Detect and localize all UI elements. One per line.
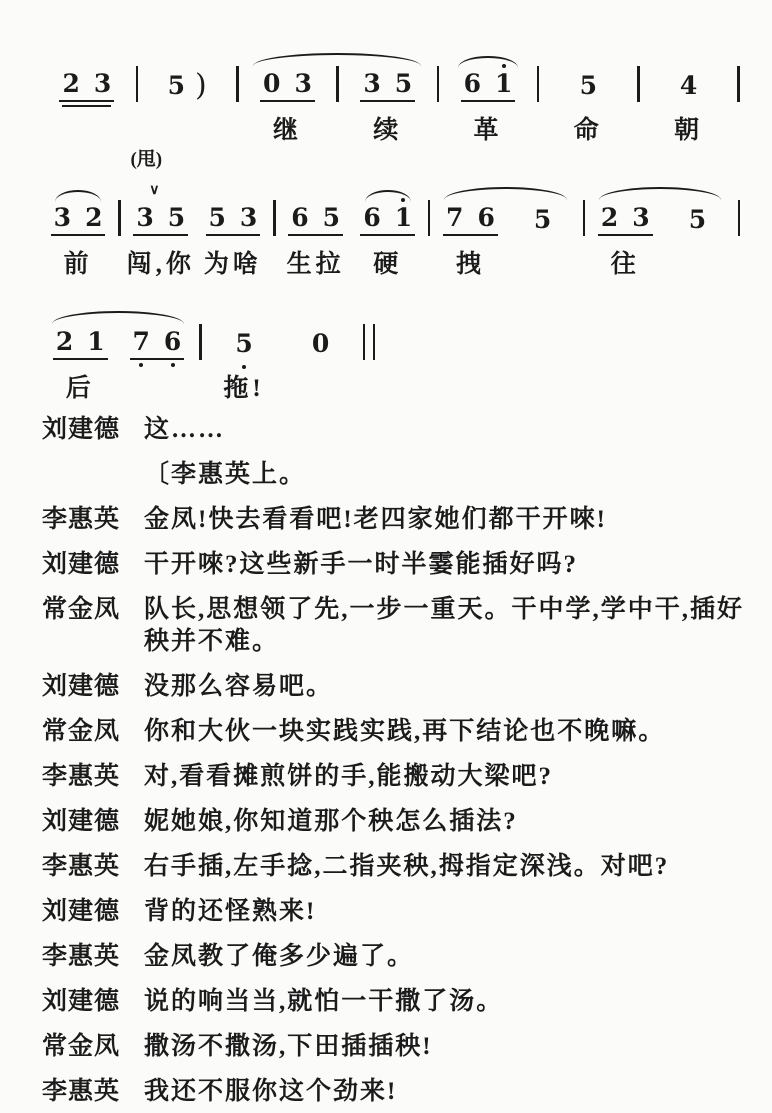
music-notation: 235)03继35续61革5命4朝32前(甩)∨35闯,你53为啥65生拉61硬… [42,40,744,402]
barline [236,66,239,102]
lyric-text: 硬 [373,244,402,278]
dialogue-text: 对,看看摊煎饼的手,能搬动大梁吧? [144,761,744,793]
tie-space [203,190,263,202]
dialogue-row: 李惠英金凤!快去看看吧!老四家她们都干开唻! [42,504,744,536]
note-group: 61 [461,68,516,102]
second-beam [62,105,111,108]
music-system: 21后765拖!0 [42,298,379,402]
tie-space [131,190,191,202]
note: 0 [312,330,329,358]
lyric-text: 朝 [674,110,703,144]
speaker-name: 常金凤 [42,594,122,658]
lyric-text: 拖! [223,368,264,402]
lyric-text: 前 [64,244,93,278]
note-group: 5 [577,70,600,102]
speaker-name [42,459,122,491]
note: 1 [87,328,104,356]
note-group: 53 [206,202,261,236]
tie-space [148,58,226,70]
note-group: 5 [686,204,709,236]
barline [199,324,202,360]
barline [537,66,540,102]
note-group: 4 [677,70,700,102]
note: 6 [363,204,380,232]
dialogue-row: 常金凤队长,思想领了先,一步一重天。干中学,学中干,插好秧并不难。 [42,594,744,658]
note: 3 [240,204,257,232]
barline [637,66,640,102]
parenthesis-mark: ) [195,72,207,100]
music-system: 32前(甩)∨35闯,你53为啥65生拉61硬76拽523往5 [42,174,744,278]
lyric-text: 拽 [456,244,485,278]
dialogue-text: 说的响当当,就怕一干撒了汤。 [144,986,744,1018]
note-group: 35 [133,202,188,236]
note: 5 [323,204,340,232]
dialogue-text: 我还不服你这个劲来! [144,1076,744,1108]
note-group: 35 [360,68,415,102]
measure-cell: 65生拉 [280,174,352,278]
speaker-name: 李惠英 [42,941,122,973]
dialogue-text: 没那么容易吧。 [144,671,744,703]
note-group: 5) [165,70,210,102]
dialogue-row: 李惠英金凤教了俺多少遍了。 [42,941,744,973]
note-group: 61 [360,202,415,236]
dialogue-row: 刘建德妮她娘,你知道那个秧怎么插法? [42,806,744,838]
octave-dot-above [401,198,405,202]
speaker-name: 李惠英 [42,761,122,793]
note: 6 [164,328,181,356]
note: 6 [291,204,308,232]
barline [336,66,339,102]
dialogue-text: 这…… [144,414,744,446]
note: 0 [263,70,280,98]
tie-space [288,316,353,328]
note: 3 [136,204,153,232]
dialogue-text: 干开唻?这些新手一时半霎能插好吗? [144,549,744,581]
note: 5 [168,204,185,232]
barline [737,66,740,102]
final-barline [363,324,375,360]
speaker-name: 李惠英 [42,851,122,883]
dialogue-row: 刘建德说的响当当,就怕一干撒了汤。 [42,986,744,1018]
barline [583,200,586,236]
note: 2 [601,204,618,232]
lyric-text: 往 [611,244,640,278]
speaker-name: 李惠英 [42,1076,122,1108]
barline [136,66,139,102]
dialogue-text: 右手插,左手捻,二指夹秧,拇指定深浅。对吧? [144,851,744,883]
measure-cell: 0 [282,300,359,402]
note-group: 76 [443,202,498,236]
dialogue-row: 李惠英右手插,左手捻,二指夹秧,拇指定深浅。对吧? [42,851,744,883]
note: 3 [294,70,311,98]
dialogue-text: 你和大伙一块实践实践,再下结论也不晚嘛。 [144,716,744,748]
script-page: 235)03继35续61革5命4朝32前(甩)∨35闯,你53为啥65生拉61硬… [0,0,772,1113]
speaker-name: 李惠英 [42,504,122,536]
dialogue-row: 刘建德这…… [42,414,744,446]
note: 3 [363,70,380,98]
speaker-name: 刘建德 [42,549,122,581]
measure-cell: 5拖! [206,300,283,402]
tie-space [48,190,108,202]
octave-dot-below [171,363,175,367]
measure-cell: 53为啥 [197,174,269,278]
tie-space [449,56,527,68]
note-group: 23 [59,68,114,102]
dialogue-row: 李惠英对,看看摊煎饼的手,能搬动大梁吧? [42,761,744,793]
note-group: 0 [309,328,332,360]
tie-space [212,316,277,328]
dialogue-text: 队长,思想领了先,一步一重天。干中学,学中干,插好秧并不难。 [144,594,744,658]
speaker-name: 刘建德 [42,671,122,703]
note-group: 23 [598,202,653,236]
note-group: 32 [51,202,106,236]
note-group: 5 [531,204,554,236]
speaker-name: 常金凤 [42,716,122,748]
note-group: 76 [130,326,185,360]
note: 3 [632,204,649,232]
dialogue-row: 刘建德没那么容易吧。 [42,671,744,703]
note: 5 [395,70,412,98]
octave-dot-above [502,64,506,68]
note: 3 [54,204,71,232]
lyric-text: 闯,你 [127,244,195,278]
speaker-name: 刘建德 [42,806,122,838]
note: 5 [580,72,597,100]
tie-arc [458,56,517,68]
speaker-name: 刘建德 [42,414,122,446]
measure-cell: 61革 [443,40,533,144]
dialogue-text: 背的还怪熟来! [144,896,744,928]
lyric-text: 继 [273,110,302,144]
tie-space [358,190,418,202]
barline [437,66,440,102]
lyric-text: 革 [474,110,503,144]
note: 2 [62,70,79,98]
stage-direction-row: 〔李惠英上。 [42,459,744,491]
note-group: 5 [232,328,255,360]
note: 5 [235,330,252,358]
lyric-text: 命 [574,110,603,144]
tie-space [48,56,126,68]
note: 7 [133,328,150,356]
dialogue-row: 刘建德背的还怪熟来! [42,896,744,928]
note: 5 [689,206,706,234]
measure-cell: 23 [42,40,132,144]
tie-space [286,190,346,202]
stage-direction-text: 〔李惠英上。 [144,459,744,491]
note-group: 21 [53,326,108,360]
barline [273,200,276,236]
measure-cell: 5命 [543,42,633,144]
dialogue-text: 金凤!快去看看吧!老四家她们都干开唻! [144,504,744,536]
note: 5 [534,206,551,234]
note: 5 [209,204,226,232]
dialogue-text: 撒汤不撒汤,下田插插秧! [144,1031,744,1063]
lyric-text: 续 [373,110,402,144]
speaker-name: 刘建德 [42,896,122,928]
dialogue-row: 刘建德干开唻?这些新手一时半霎能插好吗? [42,549,744,581]
barline [738,200,741,236]
measure-cell: (甩)∨35闯,你 [125,174,197,278]
lyric-text: 为啥 [204,244,262,278]
measure-cell: 5) [142,42,232,144]
tie-arc [55,190,101,202]
lyric-text: 后 [66,368,95,402]
measure-cell: 4朝 [644,42,734,144]
note: 2 [85,204,102,232]
octave-dot-below [242,365,246,369]
music-system: 235)03继35续61革5命4朝 [42,40,744,144]
dialogue-row: 常金凤你和大伙一块实践实践,再下结论也不晚嘛。 [42,716,744,748]
dialogue-text: 金凤教了俺多少遍了。 [144,941,744,973]
measure-cell: 61硬 [352,174,424,278]
dialogue-row: 李惠英我还不服你这个劲来! [42,1076,744,1108]
barline [428,200,431,236]
note: 5 [168,72,185,100]
note-group: 03 [260,68,315,102]
note: 1 [395,204,412,232]
tie-space [650,58,728,70]
speaker-name: 常金凤 [42,1031,122,1063]
note: 3 [94,70,111,98]
vocal-annotation: (甩) [130,144,162,171]
speaker-name: 刘建德 [42,986,122,1018]
note: 6 [464,70,481,98]
dialogue-section: 刘建德这……〔李惠英上。李惠英金凤!快去看看吧!老四家她们都干开唻!刘建德干开唻… [42,414,744,1108]
dialogue-text: 妮她娘,你知道那个秧怎么插法? [144,806,744,838]
note: 7 [446,204,463,232]
dialogue-row: 常金凤撒汤不撒汤,下田插插秧! [42,1031,744,1063]
note: 4 [680,72,697,100]
note: 6 [477,204,494,232]
barline [118,200,121,236]
tie-space [549,58,627,70]
lyric-text: 生拉 [287,244,345,278]
note: 2 [56,328,73,356]
measure-cell: 32前 [42,174,114,278]
octave-dot-below [139,363,143,367]
note-group: 65 [288,202,343,236]
note: 1 [495,70,512,98]
